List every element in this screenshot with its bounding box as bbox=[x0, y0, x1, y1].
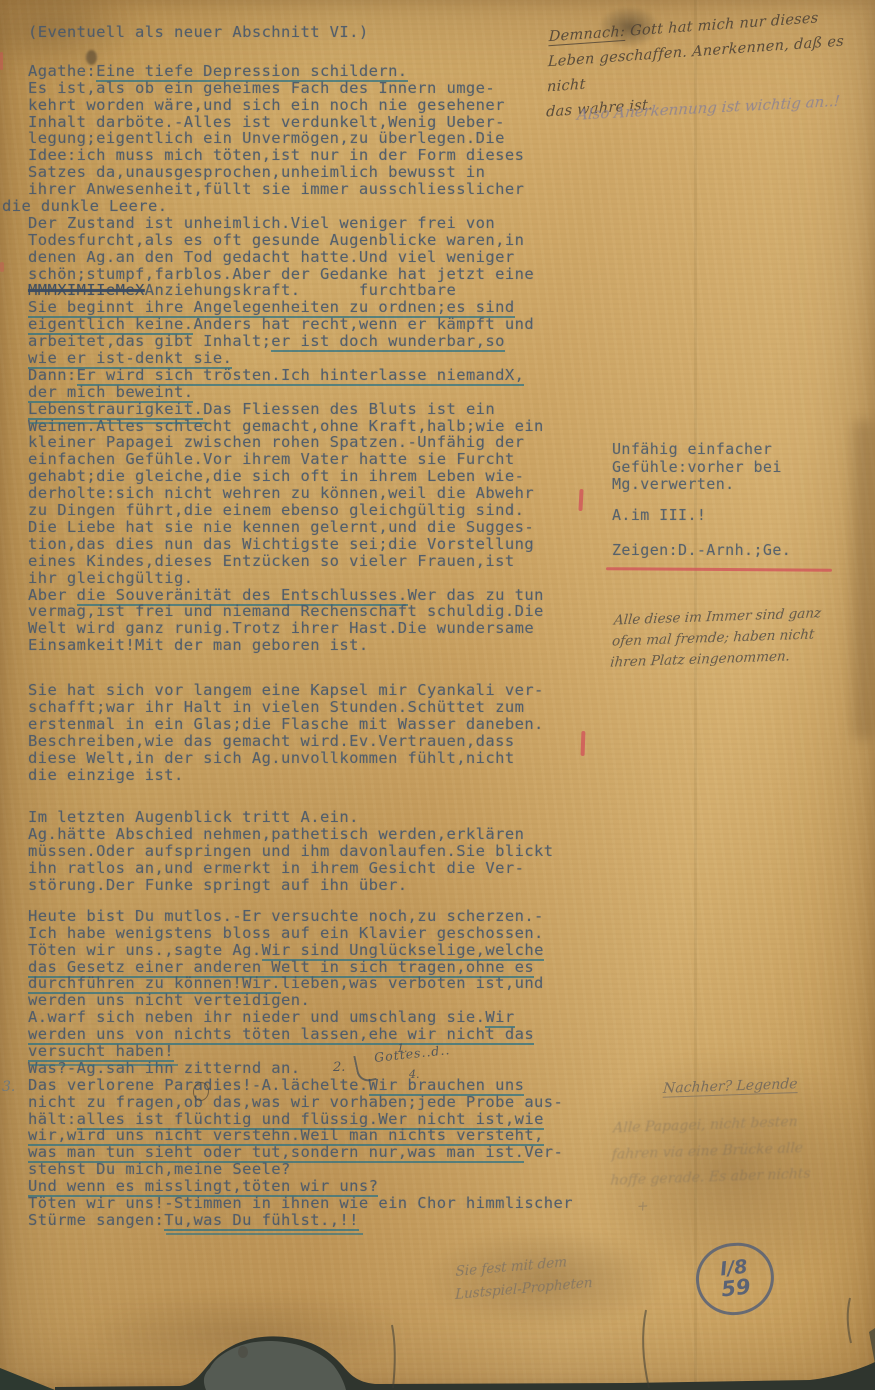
typed-segment: nicht zu fragen,ob das,was wir vorhaben;… bbox=[28, 1093, 563, 1111]
typed-segment: Ich habe wenigstens bloss auf ein Klavie… bbox=[28, 924, 544, 942]
typed-line: nicht zu fragen,ob das,was wir vorhaben;… bbox=[28, 1094, 648, 1111]
typed-line: Einsamkeit!Mit der man geboren ist. bbox=[28, 637, 648, 654]
line-spacer bbox=[28, 783, 648, 809]
typed-line: Sie hat sich vor langem eine Kapsel mir … bbox=[28, 682, 648, 699]
interlinear-number-2: 2. bbox=[333, 1060, 345, 1075]
typed-line: derholte:sich nicht wehren zu können,wei… bbox=[28, 485, 648, 502]
typed-segment: (Eventuell als neuer Abschnitt VI.) bbox=[28, 23, 369, 41]
margin-number-3: 3. bbox=[2, 1079, 15, 1095]
manuscript-page: (Eventuell als neuer Abschnitt VI.)Agath… bbox=[0, 0, 875, 1390]
typed-segment: furchtbare bbox=[301, 281, 457, 299]
typed-line: diese Welt,in der sich Ag.unvollkommen f… bbox=[28, 750, 648, 767]
typed-segment: zu Dingen führt,die einem ebenso gleichg… bbox=[28, 501, 524, 519]
typed-segment: ihr gleichgültig. bbox=[28, 569, 193, 587]
typed-segment: Töten wir uns!-Stimmen in ihnen wie ein … bbox=[28, 1194, 573, 1212]
underlined-segment: Lebenstraurigkeit. bbox=[28, 400, 203, 420]
typed-line: Töten wir uns!-Stimmen in ihnen wie ein … bbox=[28, 1195, 648, 1212]
typed-line: eigentlich keine.Anders hat recht,wenn e… bbox=[28, 316, 648, 333]
typed-text-block: (Eventuell als neuer Abschnitt VI.)Agath… bbox=[28, 24, 648, 1229]
typed-segment: kehrt worden wäre,und sich ein noch nie … bbox=[28, 96, 505, 114]
typed-line: Das verlorene Paradies!-A.lächelte.Wir b… bbox=[28, 1077, 648, 1094]
typed-segment: einfachen Gefühle.Vor ihrem Vater hatte … bbox=[28, 450, 515, 468]
typed-line: ihn ratlos an,und ermerkt in ihrem Gesic… bbox=[28, 860, 648, 877]
margin-typed-line: A.im III.! bbox=[612, 507, 706, 525]
typed-segment: legung;eigentlich ein Unvermögen,zu über… bbox=[28, 129, 505, 147]
typed-line: Töten wir uns.,sagte Ag.Wir sind Unglück… bbox=[28, 942, 648, 959]
margin-typed-line: Mg.verwerten. bbox=[612, 476, 782, 494]
line-spacer bbox=[28, 894, 648, 908]
typed-line: stehst Du mich,meine Seele? bbox=[28, 1161, 648, 1178]
typed-line: die einzige ist. bbox=[28, 767, 648, 784]
typed-line: Lebenstraurigkeit.Das Fliessen des Bluts… bbox=[28, 401, 648, 418]
underlined-segment: Tu,was Du fühlst.,!! bbox=[164, 1211, 359, 1231]
typed-line: zu Dingen führt,die einem ebenso gleichg… bbox=[28, 502, 648, 519]
typed-segment: Todesfurcht,als es oft gesunde Augenblic… bbox=[28, 231, 524, 249]
typed-segment: ihn ratlos an,und ermerkt in ihrem Gesic… bbox=[28, 859, 524, 877]
typed-segment: Idee:ich muss mich töten,ist nur in der … bbox=[28, 146, 524, 164]
typed-line: durchführen zu können!Wir.lieben,was ver… bbox=[28, 975, 648, 992]
typed-segment: Stürme sangen: bbox=[28, 1211, 164, 1229]
typed-line: Heute bist Du mutlos.-Er versuchte noch,… bbox=[28, 908, 648, 925]
typed-segment: lieben,was verboten ist,und bbox=[281, 974, 544, 992]
typed-segment: Töten wir uns.,sagte Ag. bbox=[28, 941, 262, 959]
typed-line: wir,wird uns nicht verstehn.Weil man nic… bbox=[28, 1127, 648, 1144]
typed-line: Und wenn es misslingt,töten wir uns? bbox=[28, 1178, 648, 1195]
typed-segment: Satzes da,unausgesprochen,unheimlich bew… bbox=[28, 163, 485, 181]
typed-line: eines Kindes,dieses Entzücken so vieler … bbox=[28, 553, 648, 570]
typed-segment: derholte:sich nicht wehren zu können,wei… bbox=[28, 484, 534, 502]
typed-line: tion,das dies nun das Wichtigste sei;die… bbox=[28, 536, 648, 553]
typed-segment: ihrer Anwesenheit,füllt sie immer aussch… bbox=[28, 180, 524, 198]
typed-segment: Es ist,als ob ein geheimes Fach des Inne… bbox=[28, 79, 495, 97]
typed-line: störung.Der Funke springt auf ihn über. bbox=[28, 877, 648, 894]
typed-segment: Welt wird ganz runig.Trotz ihrer Hast.Di… bbox=[28, 619, 534, 637]
typed-segment: vermag,ist frei und niemand Rechenschaft… bbox=[28, 602, 544, 620]
typed-segment: Das Fliessen des Bluts ist ein bbox=[203, 400, 495, 418]
typed-segment: Ver- bbox=[524, 1143, 563, 1161]
typed-line: Todesfurcht,als es oft gesunde Augenblic… bbox=[28, 232, 648, 249]
red-speck-2 bbox=[0, 262, 4, 272]
red-speck-1 bbox=[0, 52, 3, 70]
typed-line: werden uns von nichts töten lassen,ehe w… bbox=[28, 1026, 648, 1043]
typed-line: Die Liebe hat sie nie kennen gelernt,und… bbox=[28, 519, 648, 536]
typed-segment: Anders hat recht,wenn er kämpft und bbox=[193, 315, 534, 333]
typed-segment: A.warf sich neben ihr nieder und umschla… bbox=[28, 1008, 485, 1026]
typed-segment: stehst Du mich,meine Seele? bbox=[28, 1160, 291, 1178]
handwritten-note-mid-right: Alle diese im Immer sind ganzofen mal fr… bbox=[609, 601, 874, 673]
typed-segment: Ag.hätte Abschied nehmen,pathetisch werd… bbox=[28, 825, 524, 843]
typed-line: Welt wird ganz runig.Trotz ihrer Hast.Di… bbox=[28, 620, 648, 637]
typed-line: Weinen.Alles schlecht gemacht,ohne Kraft… bbox=[28, 418, 648, 435]
typed-line: Beschreiben,wie das gemacht wird.Ev.Vert… bbox=[28, 733, 648, 750]
margin-typed-note-1: Unfähig einfacherGefühle:vorher beiMg.ve… bbox=[612, 441, 782, 494]
typed-line: A.warf sich neben ihr nieder und umschla… bbox=[28, 1009, 648, 1026]
typed-segment: Heute bist Du mutlos.-Er versuchte noch,… bbox=[28, 907, 544, 925]
margin-typed-line: Unfähig einfacher bbox=[612, 441, 782, 459]
typed-line: legung;eigentlich ein Unvermögen,zu über… bbox=[28, 130, 648, 147]
typed-segment: die einzige ist. bbox=[28, 766, 184, 784]
handwritten-label: Demnach: bbox=[548, 24, 625, 46]
typed-line: die dunkle Leere. bbox=[2, 198, 648, 215]
typed-line: ihr gleichgültig. bbox=[28, 570, 648, 587]
typed-segment: die dunkle Leere. bbox=[2, 197, 167, 215]
typed-segment: müssen.Oder aufspringen und ihm davonlau… bbox=[28, 842, 554, 860]
typed-line: das Gesetz einer anderen Welt in sich tr… bbox=[28, 959, 648, 976]
typed-line: was man tun sieht oder tut,sondern nur,w… bbox=[28, 1144, 648, 1161]
pencil-note-bottom-right: Nachher? Legende Alle Papagei, nicht bes… bbox=[609, 1073, 875, 1215]
line-spacer bbox=[28, 654, 648, 682]
typed-line: denen Ag.an den Tod gedacht hatte.Und vi… bbox=[28, 249, 648, 266]
typed-segment: kleiner Papagei zwischen rohen Spatzen.-… bbox=[28, 433, 524, 451]
typed-line: Der Zustand ist unheimlich.Viel weniger … bbox=[28, 215, 648, 232]
underlined-segment: versucht haben! bbox=[28, 1042, 174, 1062]
margin-typed-line: Gefühle:vorher bei bbox=[612, 459, 782, 477]
typed-line: wie er ist-denkt sie. bbox=[28, 350, 648, 367]
typed-line: Satzes da,unausgesprochen,unheimlich bew… bbox=[28, 164, 648, 181]
typed-line: Idee:ich muss mich töten,ist nur in der … bbox=[28, 147, 648, 164]
typed-line: Sie beginnt ihre Angelegenheiten zu ordn… bbox=[28, 299, 648, 316]
typed-segment: denen Ag.an den Tod gedacht hatte.Und vi… bbox=[28, 248, 515, 266]
underlined-segment: er ist doch wunderbar,so bbox=[271, 332, 505, 352]
typed-line: vermag,ist frei und niemand Rechenschaft… bbox=[28, 603, 648, 620]
typed-segment: schön;stumpf,farblos.Aber der Gedanke ha… bbox=[28, 265, 534, 283]
margin-typed-line: Zeigen:D.-Arnh.;Ge. bbox=[612, 542, 791, 560]
pencil-note-faded-lines: Alle Papagei, nicht bestenfahren via ein… bbox=[610, 1106, 875, 1193]
typed-line: Dann:Er wird sich trösten.Ich hinterlass… bbox=[28, 367, 648, 384]
pencil-note-heading: Nachher? Legende bbox=[663, 1076, 798, 1098]
typed-segment: werden uns nicht verteidigen. bbox=[28, 991, 310, 1009]
typed-segment: Im letzten Augenblick tritt A.ein. bbox=[28, 808, 359, 826]
typed-line: der mich beweint. bbox=[28, 384, 648, 401]
typed-line: versucht haben! bbox=[28, 1043, 648, 1060]
typed-line: Ich habe wenigstens bloss auf ein Klavie… bbox=[28, 925, 648, 942]
typed-segment: erstenmal in ein Glas;die Flasche mit Wa… bbox=[28, 715, 544, 733]
typed-segment: diese Welt,in der sich Ag.unvollkommen f… bbox=[28, 749, 515, 767]
typed-segment: störung.Der Funke springt auf ihn über. bbox=[28, 876, 408, 894]
typed-segment: Agathe: bbox=[28, 62, 96, 80]
typed-segment: Der Zustand ist unheimlich.Viel weniger … bbox=[28, 214, 495, 232]
typed-segment: Beschreiben,wie das gemacht wird.Ev.Vert… bbox=[28, 732, 515, 750]
typed-segment: eines Kindes,dieses Entzücken so vieler … bbox=[28, 552, 515, 570]
typed-segment: Wer das zu tun bbox=[408, 586, 544, 604]
typed-segment: hält: bbox=[28, 1110, 77, 1128]
typed-segment: Sie hat sich vor langem eine Kapsel mir … bbox=[28, 681, 544, 699]
typed-line: Aber die Souveränität des Entschlusses.W… bbox=[28, 587, 648, 604]
typed-segment: Dann: bbox=[28, 366, 77, 384]
margin-typed-note-3: Zeigen:D.-Arnh.;Ge. bbox=[612, 542, 791, 560]
typed-line: einfachen Gefühle.Vor ihrem Vater hatte … bbox=[28, 451, 648, 468]
torn-bottom-edge bbox=[0, 1290, 875, 1390]
typed-line: arbeitet,das gibt Inhalt;er ist doch wun… bbox=[28, 333, 648, 350]
struck-segment: MMMXIMIIeMeX bbox=[28, 281, 145, 299]
typed-segment: Inhalt darböte.-Alles ist verdunkelt,Wen… bbox=[28, 113, 505, 131]
typed-line: schön;stumpf,farblos.Aber der Gedanke ha… bbox=[28, 266, 648, 283]
typed-line: Im letzten Augenblick tritt A.ein. bbox=[28, 809, 648, 826]
margin-typed-note-2: A.im III.! bbox=[612, 507, 706, 525]
typed-line: gehabt;die gleiche,die sich oft in ihrem… bbox=[28, 468, 648, 485]
typed-segment: schafft;war ihr Halt in vielen Stunden.S… bbox=[28, 698, 524, 716]
typed-line: schafft;war ihr Halt in vielen Stunden.S… bbox=[28, 699, 648, 716]
typed-segment: Anziehungskraft. bbox=[145, 281, 301, 299]
typed-line: erstenmal in ein Glas;die Flasche mit Wa… bbox=[28, 716, 648, 733]
typed-line: Stürme sangen:Tu,was Du fühlst.,!! bbox=[28, 1212, 648, 1229]
typed-segment: gehabt;die gleiche,die sich oft in ihrem… bbox=[28, 467, 524, 485]
typed-segment: arbeitet,das gibt Inhalt; bbox=[28, 332, 271, 350]
typed-segment: Die Liebe hat sie nie kennen gelernt,und… bbox=[28, 518, 534, 536]
typed-line: müssen.Oder aufspringen und ihm davonlau… bbox=[28, 843, 648, 860]
interlinear-number-4: 4. bbox=[409, 1068, 420, 1081]
typed-line: werden uns nicht verteidigen. bbox=[28, 992, 648, 1009]
typed-line: ihrer Anwesenheit,füllt sie immer aussch… bbox=[28, 181, 648, 198]
typed-segment: Aber bbox=[28, 586, 77, 604]
typed-line: Ag.hätte Abschied nehmen,pathetisch werd… bbox=[28, 826, 648, 843]
typed-segment: Einsamkeit!Mit der man geboren ist. bbox=[28, 636, 369, 654]
typed-line: hält:alles ist flüchtig und flüssig.Wer … bbox=[28, 1111, 648, 1128]
typed-segment: tion,das dies nun das Wichtigste sei;die… bbox=[28, 535, 534, 553]
typed-line: kleiner Papagei zwischen rohen Spatzen.-… bbox=[28, 434, 648, 451]
stain-right-edge bbox=[852, 420, 875, 740]
typed-line: MMMXIMIIeMeXAnziehungskraft. furchtbare bbox=[28, 282, 648, 299]
